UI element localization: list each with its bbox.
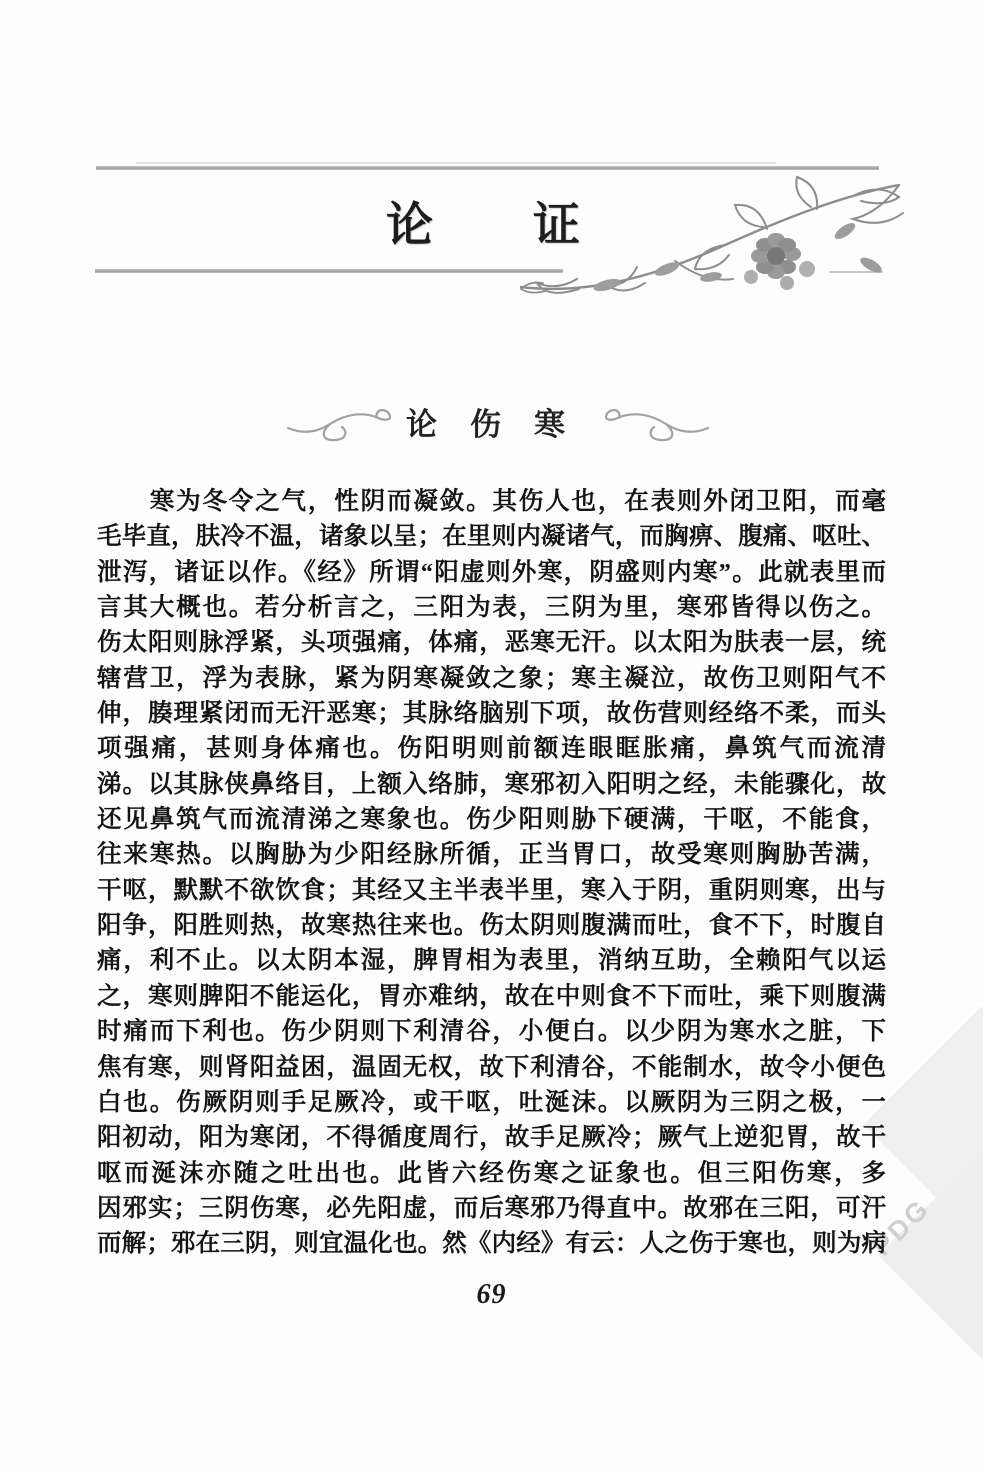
text-line: 寒为冬令之气，性阴而凝敛。其伤人也，在表则外闭卫阳，而毫 — [97, 484, 886, 519]
text-line: 项强痛，甚则身体痛也。伤阳明则前额连眼眶胀痛，鼻筑气而流清 — [97, 731, 886, 766]
text-line: 时痛而下利也。伤少阴则下利清谷，小便白。以少阴为寒水之脏，下 — [97, 1014, 886, 1049]
text-line: 之，寒则脾阳不能运化，胃亦难纳，故在中则食不下而吐，乘下则腹满 — [97, 979, 886, 1014]
text-line: 言其大概也。若分析言之，三阳为表，三阴为里，寒邪皆得以伤之。 — [97, 590, 886, 625]
mid-rule-left — [95, 269, 563, 273]
text-line: 泄泻，诸证以作。《经》所谓“阳虚则外寒，阴盛则内寒”。此就表里而 — [97, 555, 886, 590]
page-number: 69 — [0, 1279, 983, 1311]
text-line: 往来寒热。以胸胁为少阳经脉所循，正当胃口，故受寒则胸胁苦满， — [97, 837, 886, 872]
section-title: 论 伤 寒 — [406, 399, 566, 444]
text-line: 还见鼻筑气而流清涕之寒象也。伤少阳则胁下硬满，干呕，不能食， — [97, 802, 886, 837]
floral-scroll-icon — [515, 173, 907, 303]
text-line: 辖营卫，浮为表脉，紧为阴寒凝敛之象；寒主凝泣，故伤卫则阳气不 — [97, 661, 886, 696]
top-rule — [96, 166, 879, 170]
flower — [744, 233, 815, 290]
right-flourish-icon — [598, 408, 710, 444]
text-line: 而解；邪在三阴，则宜温化也。然《内经》有云：人之伤于寒也，则为病 — [97, 1226, 886, 1261]
text-line: 呕而涎沫亦随之吐出也。此皆六经伤寒之证象也。但三阳伤寒，多 — [97, 1156, 886, 1191]
left-flourish-icon — [286, 408, 398, 444]
text-line: 伤太阳则脉浮紧，头项强痛，体痛，恶寒无汗。以太阳为肤表一层，统 — [97, 625, 886, 660]
text-line: 涕。以其脉侠鼻络目，上额入络肺，寒邪初入阳明之经，未能骤化，故 — [97, 767, 886, 802]
book-page: PDG 论 证 — [0, 0, 983, 1470]
text-line: 毛毕直，肤冷不温，诸象以呈；在里则内凝诸气，而胸痹、腹痛、呕吐、 — [97, 519, 886, 554]
text-line: 痛，利不止。以太阴本湿，脾胃相为表里，消纳互助，全赖阳气以运 — [97, 943, 886, 978]
body-text: 寒为冬令之气，性阴而凝敛。其伤人也，在表则外闭卫阳，而毫毛毕直，肤冷不温，诸象以… — [97, 484, 886, 1262]
text-line: 干呕，默默不欲饮食；其经又主半表半里，寒入于阴，重阴则寒，出与 — [97, 873, 886, 908]
text-line: 伸，腠理紧闭而无汗恶寒；其脉络脑别下项，故伤营则经络不柔，而头 — [97, 696, 886, 731]
text-line: 因邪实；三阴伤寒，必先阳虚，而后寒邪乃得直中。故邪在三阳，可汗 — [97, 1191, 886, 1226]
text-line: 焦有寒，则肾阳益困，温固无权，故下利清谷，不能制水，故令小便色 — [97, 1050, 886, 1085]
text-line: 阳争，阳胜则热，故寒热往来也。伤太阴则腹满而吐，食不下，时腹自 — [97, 908, 886, 943]
text-line: 白也。伤厥阴则手足厥冷，或干呕，吐涎沫。以厥阴为三阴之极，一 — [97, 1085, 886, 1120]
text-line: 阳初动，阳为寒闭，不得循度周行，故手足厥冷；厥气上逆犯胃，故干 — [97, 1120, 886, 1155]
